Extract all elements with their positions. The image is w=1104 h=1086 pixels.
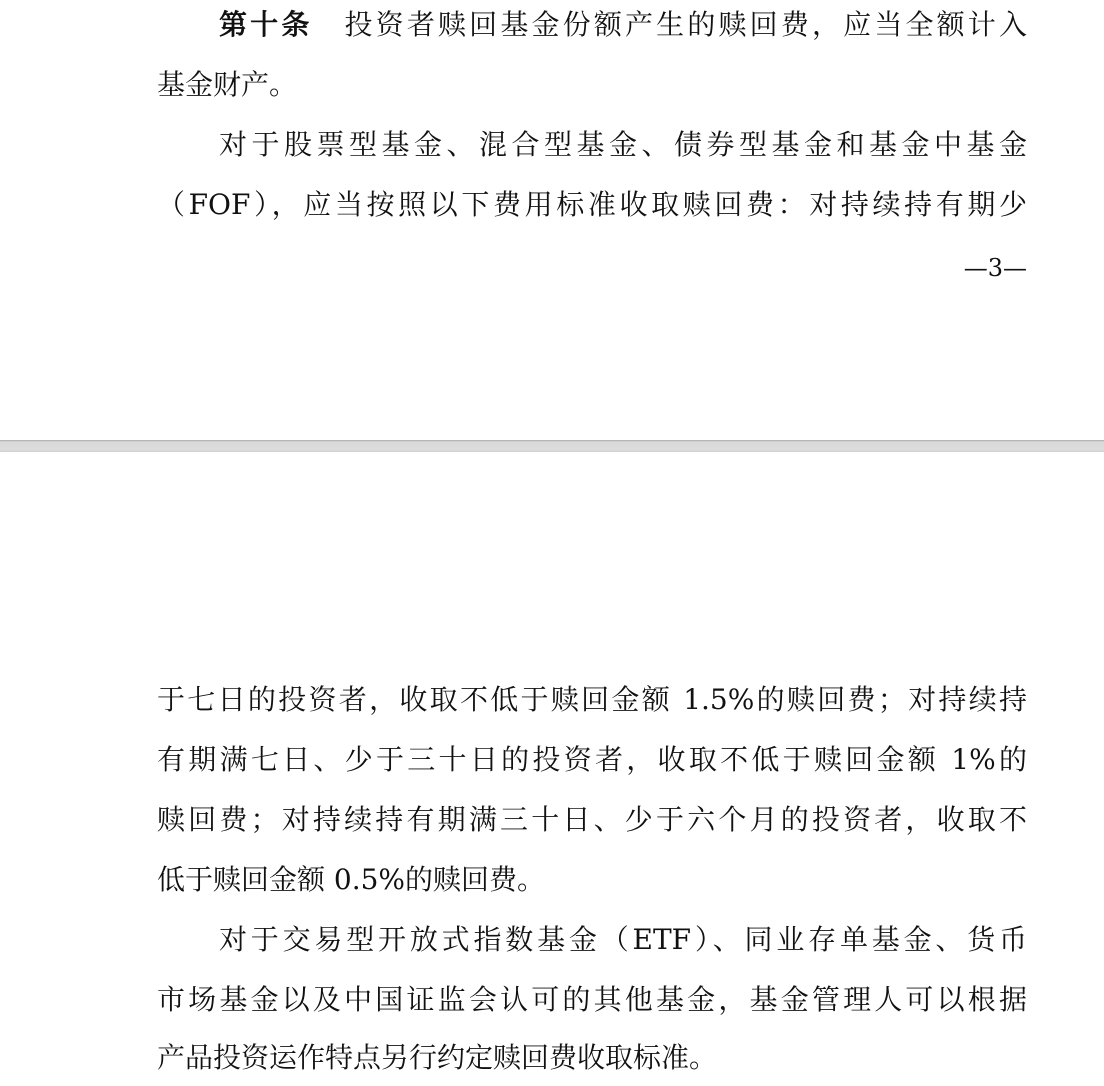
paragraph-line: 对于交易型开放式指数基金（ETF）、同业存单基金、货币: [219, 920, 1027, 960]
document-page-4: 于七日的投资者，收取不低于赎回金额 1.5%的赎回费；对持续持 有期满七日、少于…: [0, 452, 1104, 1086]
paragraph-text: 投资者赎回基金份额产生的赎回费，应当全额计入: [345, 8, 1027, 41]
paragraph-line: 赎回费；对持续持有期满三十日、少于六个月的投资者，收取不: [157, 800, 1027, 840]
page-number: —3—: [940, 248, 1027, 288]
paragraph-line: 产品投资运作特点另行约定赎回费收取标准。: [157, 1038, 1027, 1078]
paragraph-line: 基金财产。: [157, 65, 1027, 105]
paragraph-line: 低于赎回金额 0.5%的赎回费。: [157, 860, 1027, 900]
paragraph-line: 第十条投资者赎回基金份额产生的赎回费，应当全额计入: [219, 5, 1027, 45]
article-heading: 第十条: [219, 8, 313, 41]
page-separator: [0, 440, 1104, 452]
paragraph-line: 有期满七日、少于三十日的投资者，收取不低于赎回金额 1%的: [157, 740, 1027, 780]
paragraph-line: 对于股票型基金、混合型基金、债券型基金和基金中基金: [219, 125, 1027, 165]
paragraph-line: （FOF），应当按照以下费用标准收取赎回费：对持续持有期少: [157, 185, 1027, 225]
paragraph-line: 于七日的投资者，收取不低于赎回金额 1.5%的赎回费；对持续持: [157, 680, 1027, 720]
paragraph-line: 市场基金以及中国证监会认可的其他基金，基金管理人可以根据: [157, 980, 1027, 1020]
document-page-3: 第十条投资者赎回基金份额产生的赎回费，应当全额计入 基金财产。 对于股票型基金、…: [0, 0, 1104, 440]
